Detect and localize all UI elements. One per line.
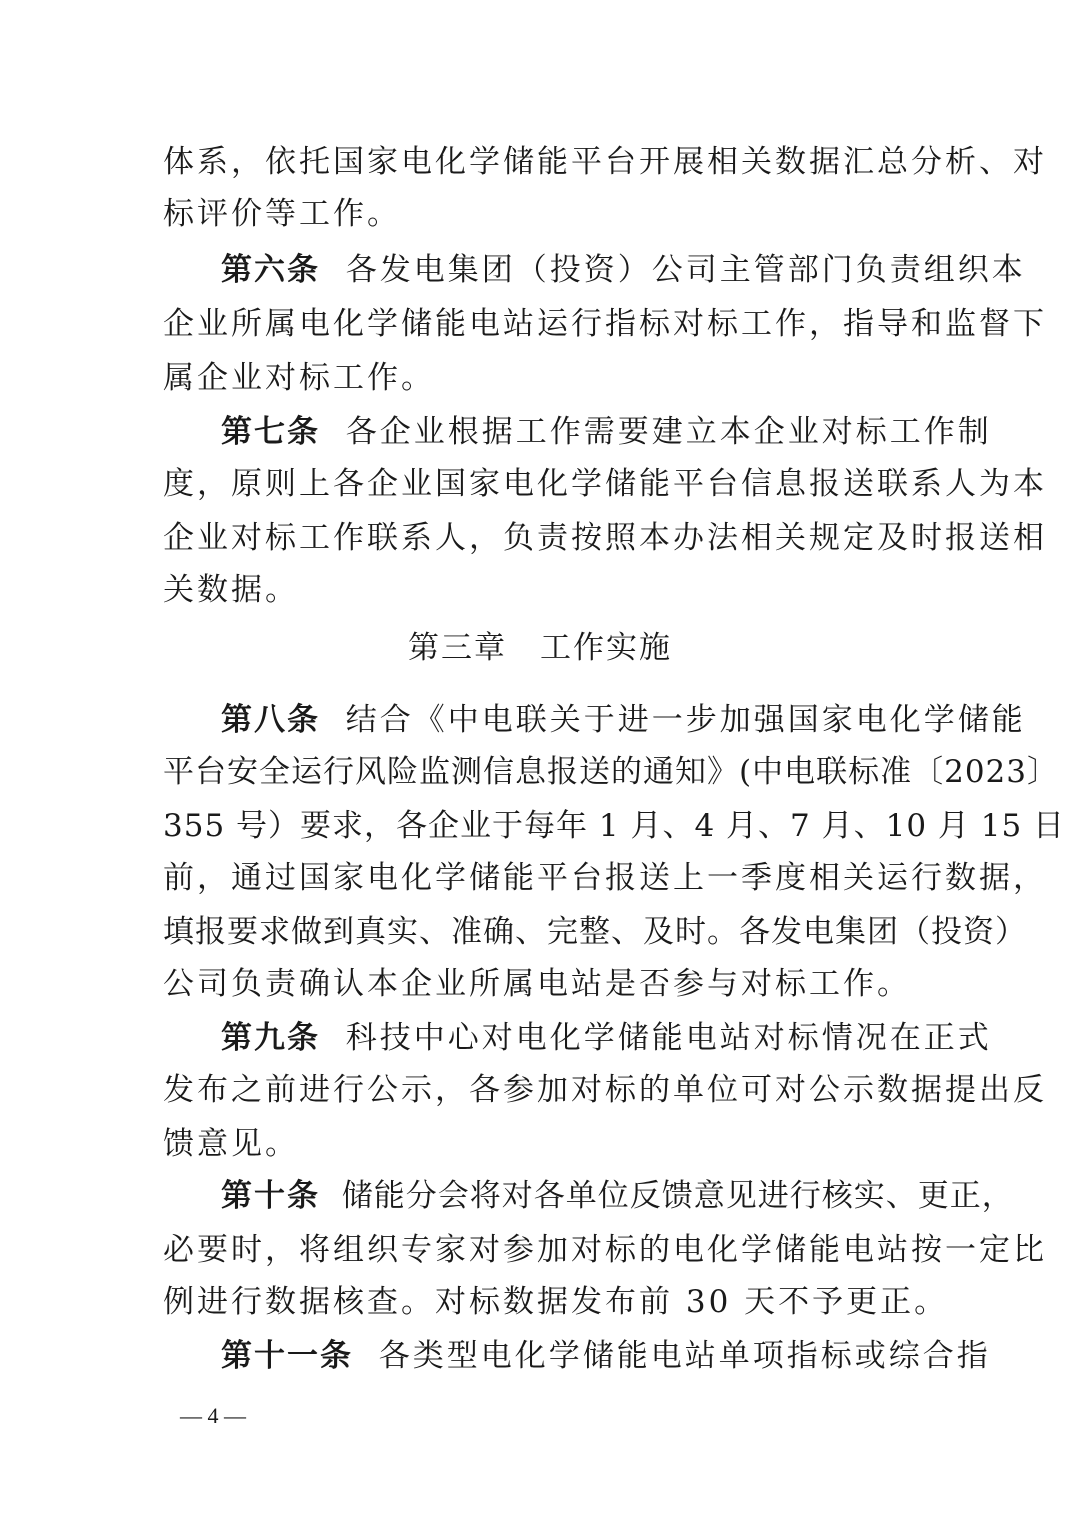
paragraph-line: 必要时，将组织专家对参加对标的电化学储能电站按一定比 [163, 1230, 919, 1270]
article-text: 各发电集团（投资）公司主管部门负责组织本 [346, 252, 1026, 288]
article-text: 各企业根据工作需要建立本企业对标工作制 [346, 414, 992, 450]
document-page: 体系，依托国家电化学储能平台开展相关数据汇总分析、对 标评价等工作。 第六条 各… [0, 0, 1080, 1527]
article-text: 储能分会将对各单位反馈意见进行核实、更正， [342, 1178, 1014, 1214]
article-label: 第八条 [221, 702, 320, 738]
article-10-line: 第十条 储能分会将对各单位反馈意见进行核实、更正， [221, 1176, 919, 1216]
paragraph-line: 平台安全运行风险监测信息报送的通知》(中电联标准〔2023〕 [163, 752, 919, 792]
article-6-line: 第六条 各发电集团（投资）公司主管部门负责组织本 [221, 250, 919, 290]
article-9-line: 第九条 科技中心对电化学储能电站对标情况在正式 [221, 1018, 919, 1058]
article-label: 第十条 [221, 1178, 320, 1214]
paragraph-line: 发布之前进行公示，各参加对标的单位可对公示数据提出反 [163, 1070, 919, 1110]
article-label: 第六条 [221, 252, 320, 288]
paragraph-line: 前，通过国家电化学储能平台报送上一季度相关运行数据， [163, 858, 919, 898]
paragraph-line: 关数据。 [163, 570, 919, 610]
article-text: 各类型电化学储能电站单项指标或综合指 [379, 1338, 991, 1374]
article-text: 科技中心对电化学储能电站对标情况在正式 [346, 1020, 992, 1056]
paragraph-line: 企业所属电化学储能电站运行指标对标工作，指导和监督下 [163, 304, 919, 344]
article-text: 结合《中电联关于进一步加强国家电化学储能 [346, 702, 1026, 738]
paragraph-line: 企业对标工作联系人，负责按照本办法相关规定及时报送相 [163, 518, 919, 558]
paragraph-line: 标评价等工作。 [163, 194, 919, 234]
chapter-heading: 第三章 工作实施 [0, 628, 1080, 668]
article-label: 第九条 [221, 1020, 320, 1056]
article-label: 第十一条 [221, 1338, 353, 1374]
page-number: — 4 — [180, 1403, 246, 1429]
paragraph-line: 体系，依托国家电化学储能平台开展相关数据汇总分析、对 [163, 142, 919, 182]
paragraph-line: 例进行数据核查。对标数据发布前 30 天不予更正。 [163, 1282, 919, 1322]
article-8-line: 第八条 结合《中电联关于进一步加强国家电化学储能 [221, 700, 919, 740]
paragraph-line: 度，原则上各企业国家电化学储能平台信息报送联系人为本 [163, 464, 919, 504]
article-11-line: 第十一条 各类型电化学储能电站单项指标或综合指 [221, 1336, 919, 1376]
paragraph-line: 355 号）要求，各企业于每年 1 月、4 月、7 月、10 月 15 日 [163, 806, 919, 846]
paragraph-line: 属企业对标工作。 [163, 358, 919, 398]
paragraph-line: 公司负责确认本企业所属电站是否参与对标工作。 [163, 964, 919, 1004]
paragraph-line: 填报要求做到真实、准确、完整、及时。各发电集团（投资） [163, 912, 919, 952]
paragraph-line: 馈意见。 [163, 1124, 919, 1164]
article-7-line: 第七条 各企业根据工作需要建立本企业对标工作制 [221, 412, 919, 452]
article-label: 第七条 [221, 414, 320, 450]
